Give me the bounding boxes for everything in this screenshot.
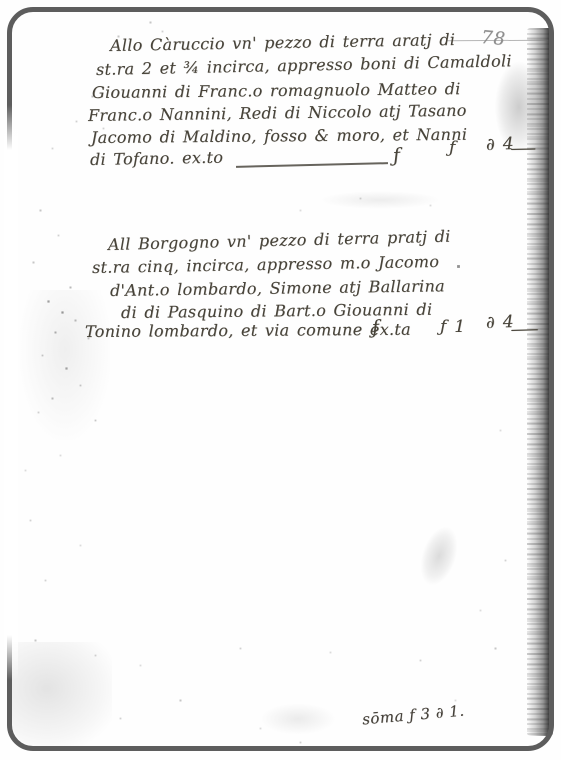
amount-florin: ƒ 1 xyxy=(440,317,465,337)
paper-smudge xyxy=(407,513,470,598)
page-number: 78 xyxy=(480,27,507,50)
manuscript-line: d'Ant.o lombardo, Simone atj Ballarina xyxy=(110,276,445,301)
manuscript-line: All Borgogno vn' pezzo di terra pratj di xyxy=(108,227,451,255)
manuscript-line: st.ra 2 et ¾ incirca, appresso boni di C… xyxy=(96,51,512,80)
amount-florin: ƒ xyxy=(449,138,456,158)
entry-end-symbol: ƒ xyxy=(392,146,401,166)
manuscript-line: st.ra cinq, incirca, appresso m.o Jacomo xyxy=(92,252,440,278)
manuscript-line: di Tofano. ex.to xyxy=(90,148,224,170)
sum-note: sōma ƒ 3 ∂ 1. xyxy=(361,702,465,729)
amount-dash: — xyxy=(509,319,540,340)
frame-fade-artifact xyxy=(4,105,18,680)
entry-end-symbol: ƒ xyxy=(371,318,380,338)
paper-smudge xyxy=(300,188,460,212)
manuscript-line: Tonino lombardo, et via comune ex.ta xyxy=(85,320,411,342)
manuscript-line: Giouanni di Franc.o romagnuolo Matteo di xyxy=(92,79,461,103)
paper-texture xyxy=(12,642,112,746)
manuscript-line: Allo Càruccio vn' pezzo di terra aratj d… xyxy=(110,30,456,56)
manuscript-line: Franc.o Nannini, Redi di Niccolo atj Tas… xyxy=(88,101,467,126)
paper-texture xyxy=(20,290,110,440)
ledger-fill-line xyxy=(236,162,388,168)
manuscript-line: Jacomo di Maldino, fosso & moro, et Nann… xyxy=(91,125,467,148)
paper-smudge xyxy=(248,698,348,740)
paper-speckles xyxy=(0,0,1,1)
amount-dash: — xyxy=(509,138,537,159)
